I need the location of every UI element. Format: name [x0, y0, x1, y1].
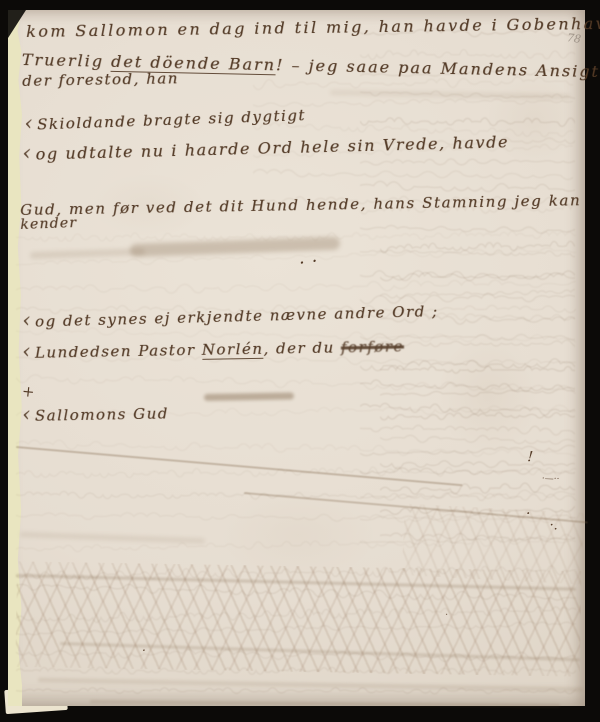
ink-smudge-streak [204, 392, 294, 401]
handwriting-segment: og udtalte nu i haarde Ord hele sin Vred… [35, 132, 509, 163]
cross-mark: + [21, 382, 35, 401]
handwriting-line: kom Sallomon en dag ind til mig, han hav… [26, 14, 600, 41]
ink-smudge-streak [90, 700, 560, 707]
paper-stain [418, 310, 558, 480]
ghost-writing-row [16, 276, 576, 296]
handwriting-segment: ! – jeg saae paa Mandens Ansigtshed [276, 55, 600, 82]
handwriting-segment: kender [20, 215, 77, 233]
ink-smudge-streak [38, 678, 583, 692]
ghost-writing-row [380, 456, 575, 472]
ghost-writing-row [16, 371, 576, 396]
handwriting-segment: og det synes ej erkjendte nævne andre Or… [35, 302, 439, 331]
handwriting-line: kender [20, 215, 77, 233]
ink-smudge-streak [16, 574, 576, 591]
ghost-writing-row [360, 421, 575, 438]
ghost-writing-row [380, 385, 575, 404]
handwriting-segment: ‹ [22, 141, 33, 166]
ghost-writing-row [380, 338, 575, 352]
handwriting-segment: Gud, men før ved det dit Hund hende, han… [20, 191, 581, 219]
torn-edge-strip [8, 10, 22, 706]
handwriting-line: ‹Skioldande bragte sig dygtigt [24, 101, 306, 135]
ghost-writing-row [380, 530, 575, 548]
crosshatch-region [15, 561, 582, 677]
ghost-writing-row [16, 620, 576, 643]
ghost-writing-row [360, 531, 575, 549]
handwriting-segment: Norlén [202, 340, 264, 360]
handwriting-segment: ‹ [24, 111, 34, 135]
ink-dot: · [526, 506, 530, 522]
ghost-writing-row [16, 562, 576, 581]
handwriting-line: ‹Lundedsen Pastor Norlén, der du forføre [22, 332, 404, 363]
ghost-writing-row [380, 411, 575, 427]
exclamation-ink-mark: ! [527, 449, 534, 465]
handwriting-segment: ‹ [22, 402, 32, 426]
ink-speck: · [445, 610, 448, 621]
handwriting-line: ‹Sallomons Gud [22, 399, 169, 426]
handwriting-segment: Skioldande bragte sig dygtigt [37, 106, 306, 133]
handwriting-segment: kom Sallomon en dag ind til mig, han hav… [26, 14, 600, 41]
handwriting-segment: der forestod, han [22, 69, 179, 90]
ghost-writing-row [360, 442, 575, 462]
ghost-writing-row [360, 115, 575, 130]
ghost-writing-row [360, 156, 575, 172]
ghost-writing-row [380, 239, 575, 256]
ink-smudge-streak [330, 90, 570, 99]
handwriting-line: der forestod, han [22, 69, 179, 90]
handwriting-line: ‹og det synes ej erkjendte nævne andre O… [22, 297, 439, 332]
handwriting-segment: Lundedsen Pastor [35, 341, 202, 362]
handwriting-segment: Sallomons Gud [35, 404, 169, 424]
ghost-writing-row [16, 535, 576, 557]
handwriting-line: ‹og udtalte nu i haarde Ord hele sin Vre… [22, 128, 509, 166]
ghost-writing-row [16, 686, 576, 700]
handwriting-segment: ‹ [22, 339, 32, 363]
ghost-writing-row [253, 167, 573, 184]
ghost-writing-row [360, 377, 575, 396]
paper-stain [188, 470, 408, 600]
ghost-writing-row [360, 509, 575, 527]
handwriting-line: Gud, men før ved det dit Hund hende, han… [20, 191, 581, 219]
manuscript-page: kom Sallomon en dag ind til mig, han hav… [8, 10, 585, 706]
page-number: 78 [566, 31, 582, 46]
ghost-writing-row [16, 436, 576, 460]
ghost-writing-row [16, 510, 576, 528]
ink-smudge-streak [60, 642, 580, 661]
ghost-writing-row [16, 489, 576, 505]
ghost-writing-row [16, 665, 576, 680]
dash-dot-row: ·—·· [542, 474, 560, 485]
ghost-writing-row [380, 267, 575, 283]
handwriting-segment: Truerlig [22, 50, 112, 71]
ink-smudge-streak [20, 532, 205, 543]
ghost-writing-row [16, 645, 576, 664]
photograph-backdrop: kom Sallomon en dag ind til mig, han hav… [0, 0, 600, 722]
ghost-writing-row [16, 244, 576, 273]
handwriting-segment: ‹ [22, 308, 32, 332]
ghost-writing-row [16, 464, 576, 481]
ink-speck: . [142, 640, 146, 654]
ink-dot-pair: ·. [549, 518, 558, 533]
ink-smudge-streak [244, 492, 588, 524]
ghost-writing-row [380, 363, 575, 377]
ink-smudge-streak [30, 248, 145, 259]
ghost-writing-row [360, 87, 575, 107]
ink-smudge-streak [16, 446, 463, 486]
handwriting-segment: forføre [341, 337, 404, 356]
ghost-writing-row [380, 503, 575, 519]
ghost-writing-row [360, 247, 575, 263]
ghost-writing-row [360, 356, 575, 373]
handwriting-segment: , der du [263, 338, 341, 357]
ghost-writing-row [380, 431, 575, 449]
crosshatch-region [401, 503, 585, 584]
ghost-writing-row [360, 267, 575, 282]
ghost-writing-row [16, 229, 576, 245]
ghost-writing-row [16, 578, 576, 605]
double-dot-mark: .. [297, 244, 325, 268]
ghost-writing-row [16, 602, 576, 625]
ghost-writing-row [360, 486, 575, 504]
ghost-writing-row [360, 223, 575, 239]
ghost-writing-row [360, 399, 575, 418]
